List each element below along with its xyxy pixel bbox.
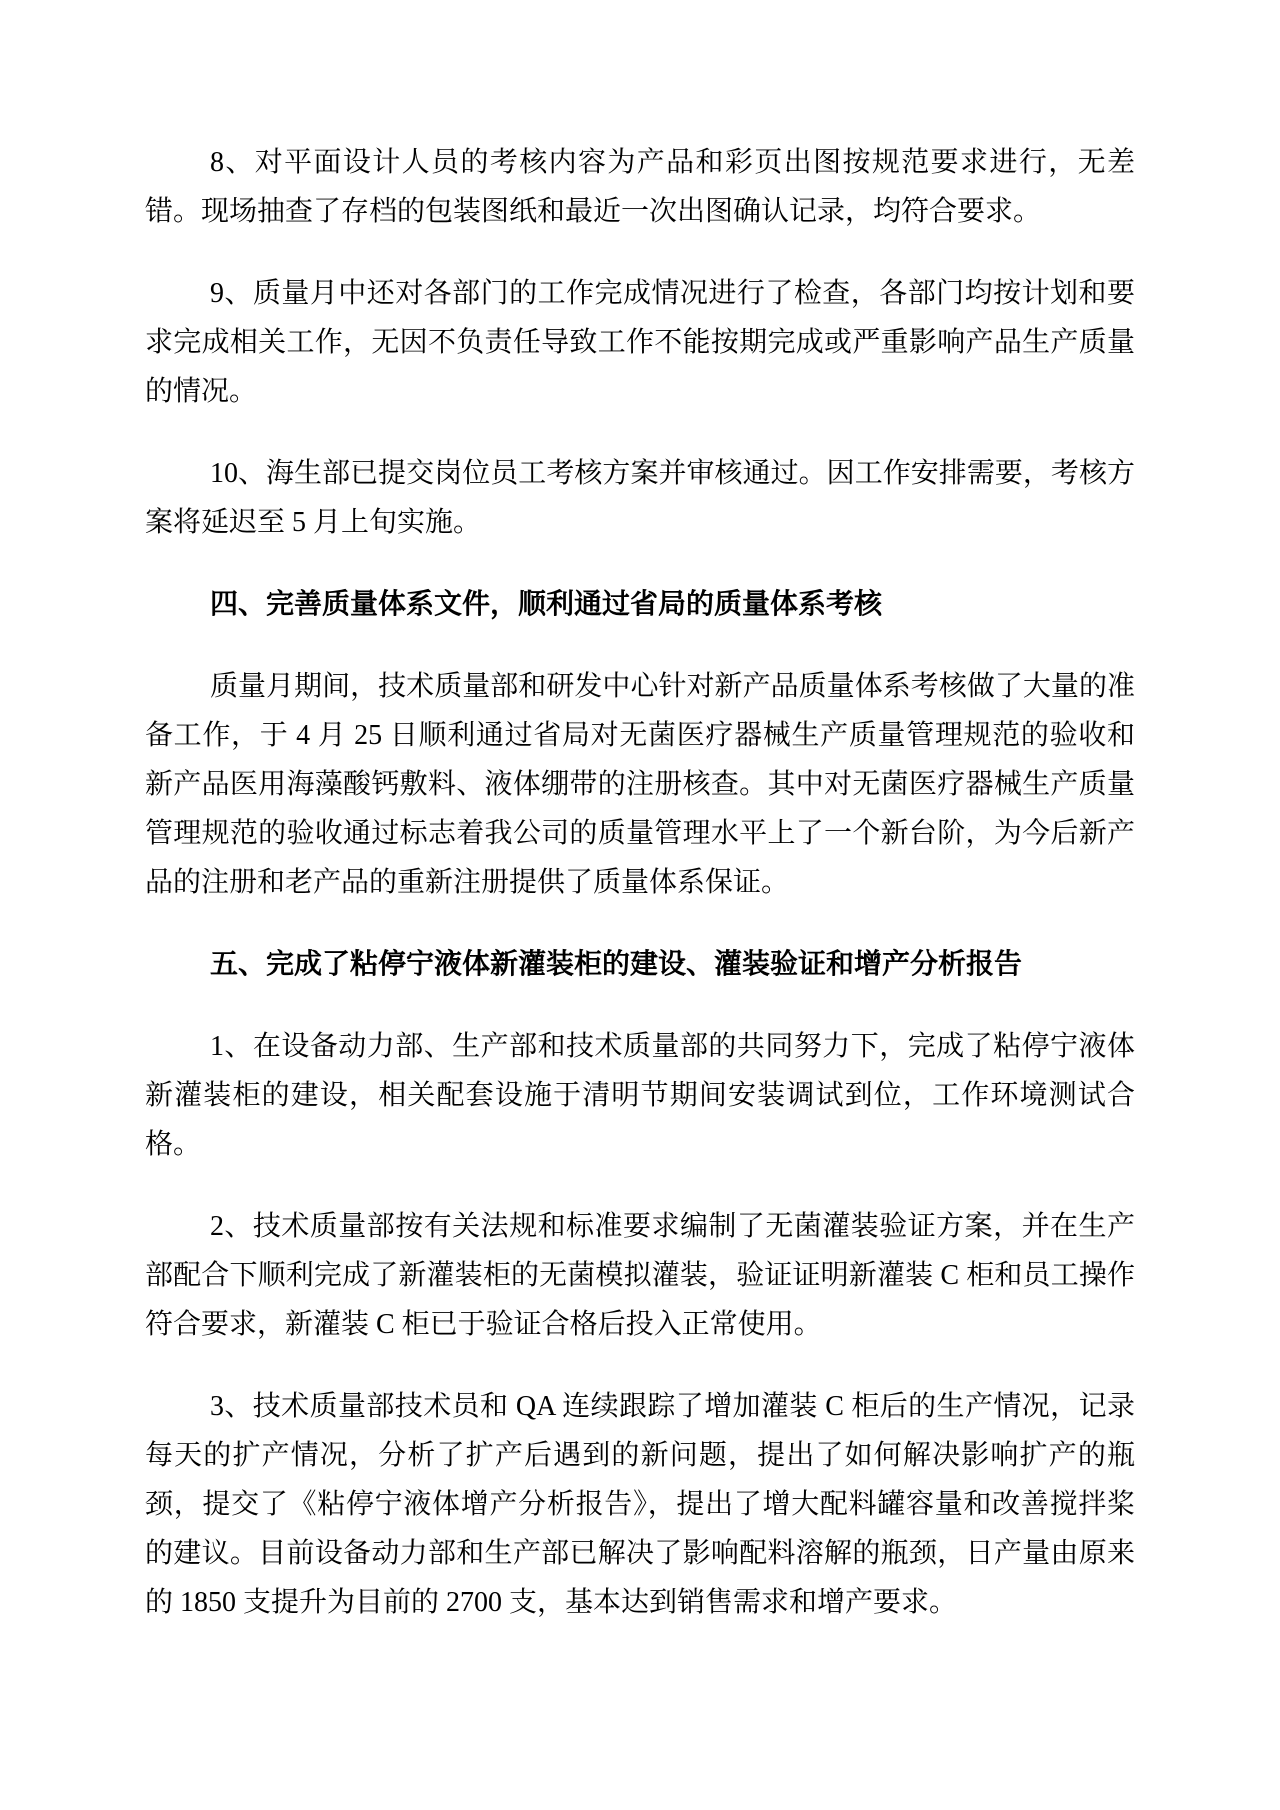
paragraph-item-8: 8、对平面设计人员的考核内容为产品和彩页出图按规范要求进行，无差错。现场抽查了存… [145,138,1135,236]
paragraph-item-3: 3、技术质量部技术员和 QA 连续跟踪了增加灌装 C 柜后的生产情况，记录每天的… [145,1382,1135,1627]
paragraph-item-9: 9、质量月中还对各部门的工作完成情况进行了检查，各部门均按计划和要求完成相关工作… [145,269,1135,416]
section-heading-4: 四、完善质量体系文件，顺利通过省局的质量体系考核 [145,580,1135,629]
paragraph-section-4-body: 质量月期间，技术质量部和研发中心针对新产品质量体系考核做了大量的准备工作，于 4… [145,662,1135,907]
document-content: 8、对平面设计人员的考核内容为产品和彩页出图按规范要求进行，无差错。现场抽查了存… [145,138,1135,1660]
document-page: 8、对平面设计人员的考核内容为产品和彩页出图按规范要求进行，无差错。现场抽查了存… [0,0,1280,1810]
paragraph-item-10: 10、海生部已提交岗位员工考核方案并审核通过。因工作安排需要，考核方案将延迟至 … [145,449,1135,547]
paragraph-item-1: 1、在设备动力部、生产部和技术质量部的共同努力下，完成了粘停宁液体新灌装柜的建设… [145,1022,1135,1169]
paragraph-item-2: 2、技术质量部按有关法规和标准要求编制了无菌灌装验证方案，并在生产部配合下顺利完… [145,1202,1135,1349]
section-heading-5: 五、完成了粘停宁液体新灌装柜的建设、灌装验证和增产分析报告 [145,940,1135,989]
